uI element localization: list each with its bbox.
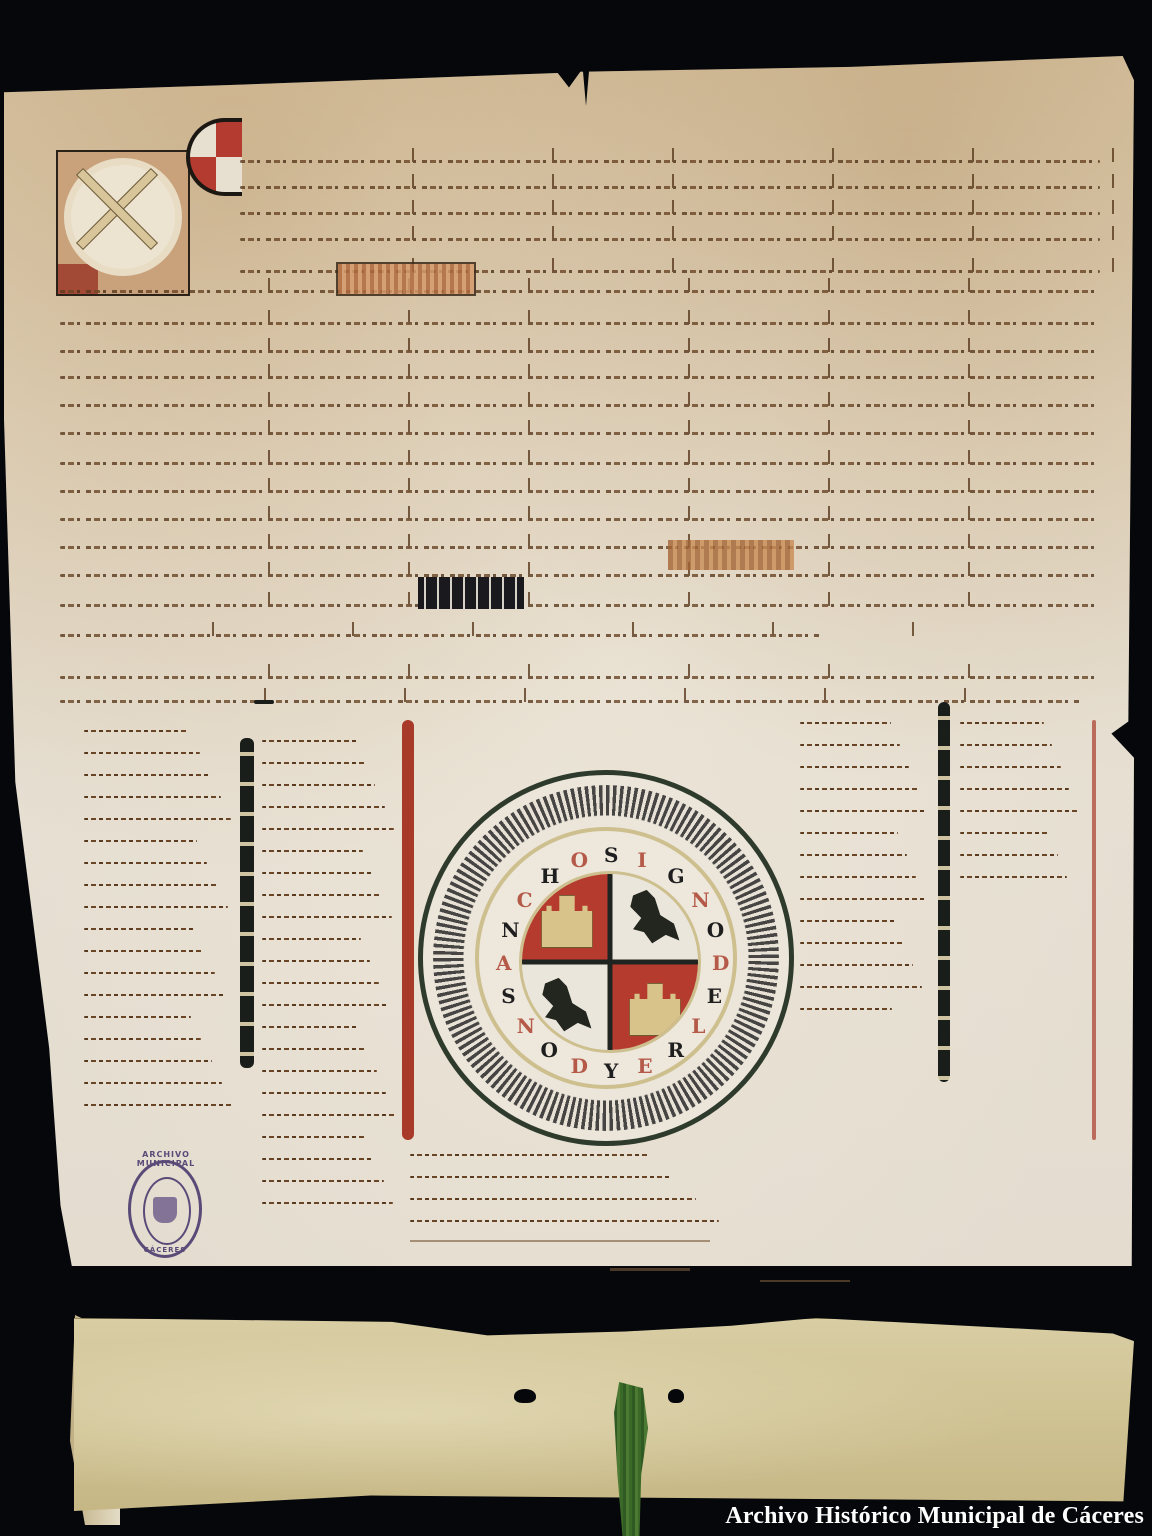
witness-entry — [800, 766, 909, 768]
text-line — [240, 212, 1100, 215]
witness-entry — [262, 806, 385, 808]
notary-signature — [760, 1280, 850, 1282]
lion-icon — [540, 978, 595, 1034]
witness-entry — [800, 854, 907, 856]
castle-icon — [629, 983, 680, 1036]
witness-entry — [262, 1180, 384, 1182]
witness-entry — [84, 1060, 212, 1062]
witness-entry — [410, 1198, 696, 1200]
decorative-stem-red — [402, 720, 414, 1140]
text-line — [60, 350, 1100, 353]
silk-seal-cord — [614, 1382, 648, 1536]
witness-entry — [960, 832, 1050, 834]
witness-entry — [262, 850, 363, 852]
text-line — [60, 376, 1100, 379]
witness-entry — [262, 1026, 358, 1028]
witness-entry — [262, 1114, 396, 1116]
stem-top-curl — [254, 700, 274, 704]
witness-entry — [960, 766, 1061, 768]
seal-quartered-arms — [519, 871, 701, 1053]
witness-entry — [800, 876, 916, 878]
text-line — [240, 238, 1100, 241]
text-line — [60, 676, 1100, 679]
witness-list — [960, 722, 1080, 898]
seal-letter: D — [712, 951, 729, 975]
witness-entry — [800, 920, 895, 922]
witness-entry — [800, 1008, 892, 1010]
seal-letter: Y — [604, 1059, 618, 1083]
witness-entry — [84, 928, 194, 930]
cord-hole-left — [514, 1389, 536, 1403]
witness-entry — [84, 950, 204, 952]
witness-entry — [84, 862, 207, 864]
text-line — [60, 700, 1080, 703]
text-line — [60, 404, 1100, 407]
witness-entry — [84, 840, 197, 842]
witness-entry — [84, 884, 218, 886]
witness-entry — [84, 994, 225, 996]
seal-letter: S — [604, 843, 618, 867]
witness-entry — [960, 810, 1078, 812]
witness-entry — [800, 986, 922, 988]
witness-entry — [262, 1048, 367, 1050]
witness-entry — [262, 1202, 393, 1204]
stamp-bottom-text: CÁCERES — [128, 1246, 202, 1254]
witness-entry — [84, 972, 215, 974]
lion-icon — [628, 890, 683, 946]
witness-entry — [262, 894, 382, 896]
witness-entry — [960, 788, 1069, 790]
witness-entry — [84, 1082, 222, 1084]
castle-icon — [541, 895, 592, 948]
witness-entry — [800, 964, 913, 966]
archive-caption: Archivo Histórico Municipal de Cáceres — [725, 1503, 1144, 1530]
text-line — [60, 432, 1100, 435]
boxed-monogram-red — [336, 262, 476, 296]
witness-entry — [262, 740, 357, 742]
decorative-stem-right — [938, 702, 950, 1082]
royal-seal-rueda: SIGNODELREYDONSANCHO — [418, 770, 794, 1146]
witness-entry — [84, 906, 228, 908]
witness-entry — [800, 810, 927, 812]
witness-list — [800, 722, 930, 1030]
illuminated-initial — [56, 150, 190, 296]
seal-letter: E — [707, 984, 722, 1008]
witness-entry — [960, 744, 1052, 746]
seal-letter: N — [501, 918, 519, 942]
seal-letter: A — [496, 951, 512, 975]
plica-fold — [74, 1318, 1134, 1511]
crest-icon — [153, 1197, 177, 1223]
witness-entry — [800, 832, 898, 834]
witness-list — [410, 1154, 750, 1242]
witness-entry — [262, 784, 375, 786]
witness-entry — [262, 1092, 386, 1094]
witness-entry — [800, 942, 904, 944]
castle-quarter — [610, 962, 698, 1050]
witness-entry — [410, 1220, 719, 1222]
witness-entry — [84, 752, 200, 754]
witness-entry — [84, 730, 189, 732]
text-line — [240, 186, 1100, 189]
witness-entry — [84, 818, 231, 820]
cord-hole-right — [668, 1389, 684, 1403]
witness-entry — [262, 916, 392, 918]
text-line — [240, 160, 1100, 163]
decorative-stem-left — [240, 738, 254, 1068]
decorative-red-rule — [1092, 720, 1096, 1140]
witness-entry — [410, 1154, 648, 1156]
text-line — [60, 518, 1100, 521]
witness-entry — [262, 960, 370, 962]
witness-entry — [262, 1136, 365, 1138]
text-line — [60, 290, 1100, 293]
castle-quarter — [522, 874, 610, 962]
text-line — [60, 462, 1100, 465]
text-line — [60, 634, 820, 637]
lion-quarter — [522, 962, 610, 1050]
witness-entry — [84, 1016, 191, 1018]
witness-entry — [960, 876, 1067, 878]
witness-entry — [960, 722, 1044, 724]
witness-entry — [262, 762, 366, 764]
witness-entry — [84, 1038, 201, 1040]
scribe-signature — [610, 1268, 690, 1271]
seal-cross-horizontal — [522, 960, 698, 965]
witness-entry — [262, 872, 373, 874]
witness-entry — [410, 1176, 672, 1178]
seal-letter: O — [707, 918, 724, 942]
text-line — [60, 574, 1100, 577]
witness-list — [262, 740, 397, 1224]
seal-letter: D — [571, 1054, 588, 1078]
text-line — [60, 322, 1100, 325]
seal-letter: I — [637, 848, 646, 872]
lion-quarter — [610, 874, 698, 962]
witness-entry — [84, 796, 221, 798]
seal-letter: E — [637, 1054, 652, 1078]
witness-entry — [262, 828, 394, 830]
witness-entry — [84, 1104, 233, 1106]
witness-entry — [262, 1004, 389, 1006]
witness-entry — [262, 1070, 377, 1072]
witness-entry — [800, 744, 900, 746]
witness-entry — [960, 854, 1058, 856]
scribe-signature-line — [410, 1240, 710, 1242]
archive-stamp — [128, 1160, 202, 1258]
witness-entry — [800, 722, 891, 724]
witness-entry — [262, 938, 361, 940]
seal-letter: S — [501, 984, 515, 1008]
witness-list — [84, 730, 234, 1126]
text-line — [60, 490, 1100, 493]
witness-entry — [262, 1158, 374, 1160]
witness-entry — [84, 774, 210, 776]
witness-entry — [262, 982, 379, 984]
text-line — [60, 604, 1100, 607]
witness-entry — [800, 788, 918, 790]
document-photo: SIGNODELREYDONSANCHO ARCHIVO MUNICIPAL C… — [0, 0, 1152, 1536]
witness-entry — [800, 898, 925, 900]
seal-letter: O — [571, 848, 588, 872]
boxed-monogram-brown — [668, 540, 794, 570]
text-line — [60, 546, 1100, 549]
boxed-monogram-black — [418, 577, 524, 609]
